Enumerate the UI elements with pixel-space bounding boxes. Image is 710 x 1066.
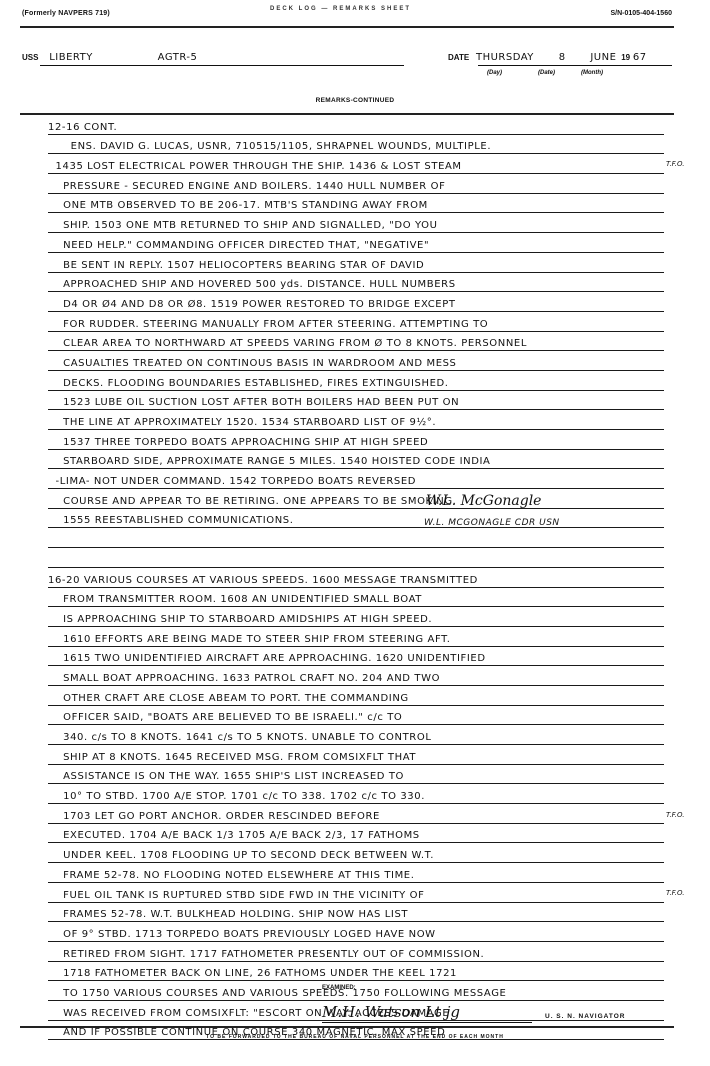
log-line-text: OFFICER SAID, "BOATS ARE BELIEVED TO BE …: [48, 712, 402, 723]
log-line: EXECUTED. 1704 A/E BACK 1/3 1705 A/E BAC…: [48, 824, 664, 844]
log-line: -LIMA- NOT UNDER COMMAND. 1542 TORPEDO B…: [48, 469, 664, 489]
log-line: 1435 LOST ELECTRICAL POWER THROUGH THE S…: [48, 154, 664, 174]
log-line: SHIP. 1503 ONE MTB RETURNED TO SHIP AND …: [48, 213, 664, 233]
log-line: D4 OR Ø4 AND D8 OR Ø8. 1519 POWER RESTOR…: [48, 292, 664, 312]
log-line-text: STARBOARD SIDE, APPROXIMATE RANGE 5 MILE…: [48, 456, 491, 467]
log-line: FROM TRANSMITTER ROOM. 1608 AN UNIDENTIF…: [48, 588, 664, 608]
log-line: 1523 LUBE OIL SUCTION LOST AFTER BOTH BO…: [48, 391, 664, 411]
log-line: CLEAR AREA TO NORTHWARD AT SPEEDS VARING…: [48, 332, 664, 352]
log-line-text: -LIMA- NOT UNDER COMMAND. 1542 TORPEDO B…: [48, 476, 416, 487]
log-line-text: 1523 LUBE OIL SUCTION LOST AFTER BOTH BO…: [48, 397, 459, 408]
log-line-text: EXECUTED. 1704 A/E BACK 1/3 1705 A/E BAC…: [48, 830, 420, 841]
log-entries: 12-16 CONT. ENS. DAVID G. LUCAS, USNR, 7…: [48, 115, 664, 1040]
log-line-text: 1435 LOST ELECTRICAL POWER THROUGH THE S…: [48, 161, 462, 172]
log-line: STARBOARD SIDE, APPROXIMATE RANGE 5 MILE…: [48, 450, 664, 470]
margin-initials: T.F.O.: [666, 160, 684, 168]
navigator-signature-line: [322, 1022, 532, 1023]
log-line-text: THE LINE AT APPROXIMATELY 1520. 1534 STA…: [48, 417, 436, 428]
year-prefix: 19: [621, 53, 630, 62]
log-line-text: ONE MTB OBSERVED TO BE 206-17. MTB'S STA…: [48, 200, 428, 211]
date-label: DATE: [448, 53, 469, 62]
log-line-text: 1537 THREE TORPEDO BOATS APPROACHING SHI…: [48, 437, 428, 448]
log-line: APPROACHED SHIP AND HOVERED 500 yds. DIS…: [48, 273, 664, 293]
log-line: BE SENT IN REPLY. 1507 HELIOCOPTERS BEAR…: [48, 253, 664, 273]
hull-number: AGTR-5: [158, 52, 198, 63]
log-line: 12-16 CONT.: [48, 115, 664, 135]
log-line-text: SHIP. 1503 ONE MTB RETURNED TO SHIP AND …: [48, 220, 438, 231]
year-value: 67: [633, 52, 647, 63]
log-line-text: 16-20 VARIOUS COURSES AT VARIOUS SPEEDS.…: [48, 575, 478, 586]
day-value: THURSDAY: [476, 52, 534, 63]
form-title: DECK LOG — REMARKS SHEET: [270, 6, 411, 12]
log-line-text: SHIP AT 8 KNOTS. 1645 RECEIVED MSG. FROM…: [48, 752, 416, 763]
log-line: FRAMES 52-78. W.T. BULKHEAD HOLDING. SHI…: [48, 903, 664, 923]
log-line: ONE MTB OBSERVED TO BE 206-17. MTB'S STA…: [48, 194, 664, 214]
date-field: DATE THURSDAY 8 JUNE 19 67: [448, 52, 647, 63]
log-line: 1610 EFFORTS ARE BEING MADE TO STEER SHI…: [48, 627, 664, 647]
log-line-text: 12-16 CONT.: [48, 122, 117, 133]
uss-label: USS: [22, 53, 38, 62]
log-line-text: 340. c/s TO 8 KNOTS. 1641 c/s TO 5 KNOTS…: [48, 732, 432, 743]
date-underline: [478, 65, 672, 66]
log-line: DECKS. FLOODING BOUNDARIES ESTABLISHED, …: [48, 371, 664, 391]
log-line-text: ASSISTANCE IS ON THE WAY. 1655 SHIP'S LI…: [48, 771, 404, 782]
log-line-text: FOR RUDDER. STEERING MANUALLY FROM AFTER…: [48, 319, 488, 330]
log-line: 16-20 VARIOUS COURSES AT VARIOUS SPEEDS.…: [48, 568, 664, 588]
log-line: PRESSURE - SECURED ENGINE AND BOILERS. 1…: [48, 174, 664, 194]
log-line-text: 1615 TWO UNIDENTIFIED AIRCRAFT ARE APPRO…: [48, 653, 486, 664]
ship-name: LIBERTY: [49, 52, 93, 63]
log-line: SMALL BOAT APPROACHING. 1633 PATROL CRAF…: [48, 666, 664, 686]
log-line: COURSE AND APPEAR TO BE RETIRING. ONE AP…: [48, 489, 664, 509]
log-line-text: FUEL OIL TANK IS RUPTURED STBD SIDE FWD …: [48, 890, 424, 901]
log-line-text: D4 OR Ø4 AND D8 OR Ø8. 1519 POWER RESTOR…: [48, 299, 456, 310]
navigator-label: U. S. N. NAVIGATOR: [545, 1013, 625, 1020]
log-line: OTHER CRAFT ARE CLOSE ABEAM TO PORT. THE…: [48, 686, 664, 706]
log-line-text: IS APPROACHING SHIP TO STARBOARD AMIDSHI…: [48, 614, 432, 625]
log-line-text: 10° TO STBD. 1700 A/E STOP. 1701 c/c TO …: [48, 791, 425, 802]
examined-label: EXAMINED:: [322, 985, 356, 991]
log-line-text: BE SENT IN REPLY. 1507 HELIOCOPTERS BEAR…: [48, 260, 424, 271]
log-line-text: FROM TRANSMITTER ROOM. 1608 AN UNIDENTIF…: [48, 594, 422, 605]
bottom-rule: [20, 1026, 674, 1028]
ship-underline: [40, 65, 404, 66]
day-caption: (Day): [487, 70, 502, 76]
log-line: 1555 REESTABLISHED COMMUNICATIONS.: [48, 509, 664, 529]
log-line: RETIRED FROM SIGHT. 1717 FATHOMETER PRES…: [48, 942, 664, 962]
log-line-text: ENS. DAVID G. LUCAS, USNR, 710515/1105, …: [48, 141, 491, 152]
log-line-text: RETIRED FROM SIGHT. 1717 FATHOMETER PRES…: [48, 949, 484, 960]
log-line: 10° TO STBD. 1700 A/E STOP. 1701 c/c TO …: [48, 784, 664, 804]
log-line-text: COURSE AND APPEAR TO BE RETIRING. ONE AP…: [48, 496, 456, 507]
log-line-text: PRESSURE - SECURED ENGINE AND BOILERS. 1…: [48, 181, 445, 192]
log-line-text: 1703 LET GO PORT ANCHOR. ORDER RESCINDED…: [48, 811, 380, 822]
watch-officer-printed-name: W.L. MCGONAGLE CDR USN: [424, 518, 560, 528]
log-line: [48, 548, 664, 568]
date-caption: (Date): [538, 70, 555, 76]
log-line: CASUALTIES TREATED ON CONTINOUS BASIS IN…: [48, 351, 664, 371]
form-former-number: (Formerly NAVPERS 719): [22, 10, 110, 17]
log-line-text: 1718 FATHOMETER BACK ON LINE, 26 FATHOMS…: [48, 968, 457, 979]
log-line-text: CLEAR AREA TO NORTHWARD AT SPEEDS VARING…: [48, 338, 527, 349]
log-line-text: APPROACHED SHIP AND HOVERED 500 yds. DIS…: [48, 279, 456, 290]
log-line: ENS. DAVID G. LUCAS, USNR, 710515/1105, …: [48, 135, 664, 155]
log-line: FUEL OIL TANK IS RUPTURED STBD SIDE FWD …: [48, 883, 664, 903]
month-caption: (Month): [581, 70, 603, 76]
log-line-text: 1555 REESTABLISHED COMMUNICATIONS.: [48, 515, 294, 526]
log-line-text: TO 1750 VARIOUS COURSES AND VARIOUS SPEE…: [48, 988, 506, 999]
log-line-text: SMALL BOAT APPROACHING. 1633 PATROL CRAF…: [48, 673, 440, 684]
remarks-heading: REMARKS-CONTINUED: [0, 97, 710, 104]
log-line: 340. c/s TO 8 KNOTS. 1641 c/s TO 5 KNOTS…: [48, 725, 664, 745]
log-line-text: UNDER KEEL. 1708 FLOODING UP TO SECOND D…: [48, 850, 434, 861]
log-line: 1703 LET GO PORT ANCHOR. ORDER RESCINDED…: [48, 804, 664, 824]
log-line: FOR RUDDER. STEERING MANUALLY FROM AFTER…: [48, 312, 664, 332]
navigator-signature: M.H. Watson Lt jg: [322, 1003, 460, 1021]
log-line: SHIP AT 8 KNOTS. 1645 RECEIVED MSG. FROM…: [48, 745, 664, 765]
log-line: NEED HELP." COMMANDING OFFICER DIRECTED …: [48, 233, 664, 253]
log-line-text: DECKS. FLOODING BOUNDARIES ESTABLISHED, …: [48, 378, 449, 389]
log-line: FRAME 52-78. NO FLOODING NOTED ELSEWHERE…: [48, 863, 664, 883]
log-line-text: 1610 EFFORTS ARE BEING MADE TO STEER SHI…: [48, 634, 450, 645]
log-line: 1615 TWO UNIDENTIFIED AIRCRAFT ARE APPRO…: [48, 647, 664, 667]
month-value: JUNE: [590, 52, 616, 63]
log-line: OFFICER SAID, "BOATS ARE BELIEVED TO BE …: [48, 706, 664, 726]
log-line: UNDER KEEL. 1708 FLOODING UP TO SECOND D…: [48, 843, 664, 863]
log-line: ASSISTANCE IS ON THE WAY. 1655 SHIP'S LI…: [48, 765, 664, 785]
log-line-text: OTHER CRAFT ARE CLOSE ABEAM TO PORT. THE…: [48, 693, 409, 704]
ship-field: USS LIBERTY AGTR-5: [22, 52, 197, 63]
log-line: [48, 528, 664, 548]
watch-officer-signature: W.L. McGonagle: [426, 493, 541, 509]
margin-initials: T.F.O.: [666, 889, 684, 897]
log-line: 1537 THREE TORPEDO BOATS APPROACHING SHI…: [48, 430, 664, 450]
log-line-text: OF 9° STBD. 1713 TORPEDO BOATS PREVIOUSL…: [48, 929, 436, 940]
log-line-text: NEED HELP." COMMANDING OFFICER DIRECTED …: [48, 240, 429, 251]
footer-instruction: TO BE FORWARDED TO THE BUREAU OF NAVAL P…: [0, 1034, 710, 1040]
log-line: 1718 FATHOMETER BACK ON LINE, 26 FATHOMS…: [48, 962, 664, 982]
log-line-text: FRAMES 52-78. W.T. BULKHEAD HOLDING. SHI…: [48, 909, 408, 920]
date-value: 8: [559, 52, 566, 63]
stock-number: S/N-0105-404-1560: [611, 10, 673, 17]
margin-initials: T.F.O.: [666, 811, 684, 819]
log-line: IS APPROACHING SHIP TO STARBOARD AMIDSHI…: [48, 607, 664, 627]
top-rule: [20, 26, 674, 28]
log-line: TO 1750 VARIOUS COURSES AND VARIOUS SPEE…: [48, 981, 664, 1001]
log-line-text: CASUALTIES TREATED ON CONTINOUS BASIS IN…: [48, 358, 457, 369]
log-line-text: FRAME 52-78. NO FLOODING NOTED ELSEWHERE…: [48, 870, 415, 881]
log-line: OF 9° STBD. 1713 TORPEDO BOATS PREVIOUSL…: [48, 922, 664, 942]
log-line: THE LINE AT APPROXIMATELY 1520. 1534 STA…: [48, 410, 664, 430]
